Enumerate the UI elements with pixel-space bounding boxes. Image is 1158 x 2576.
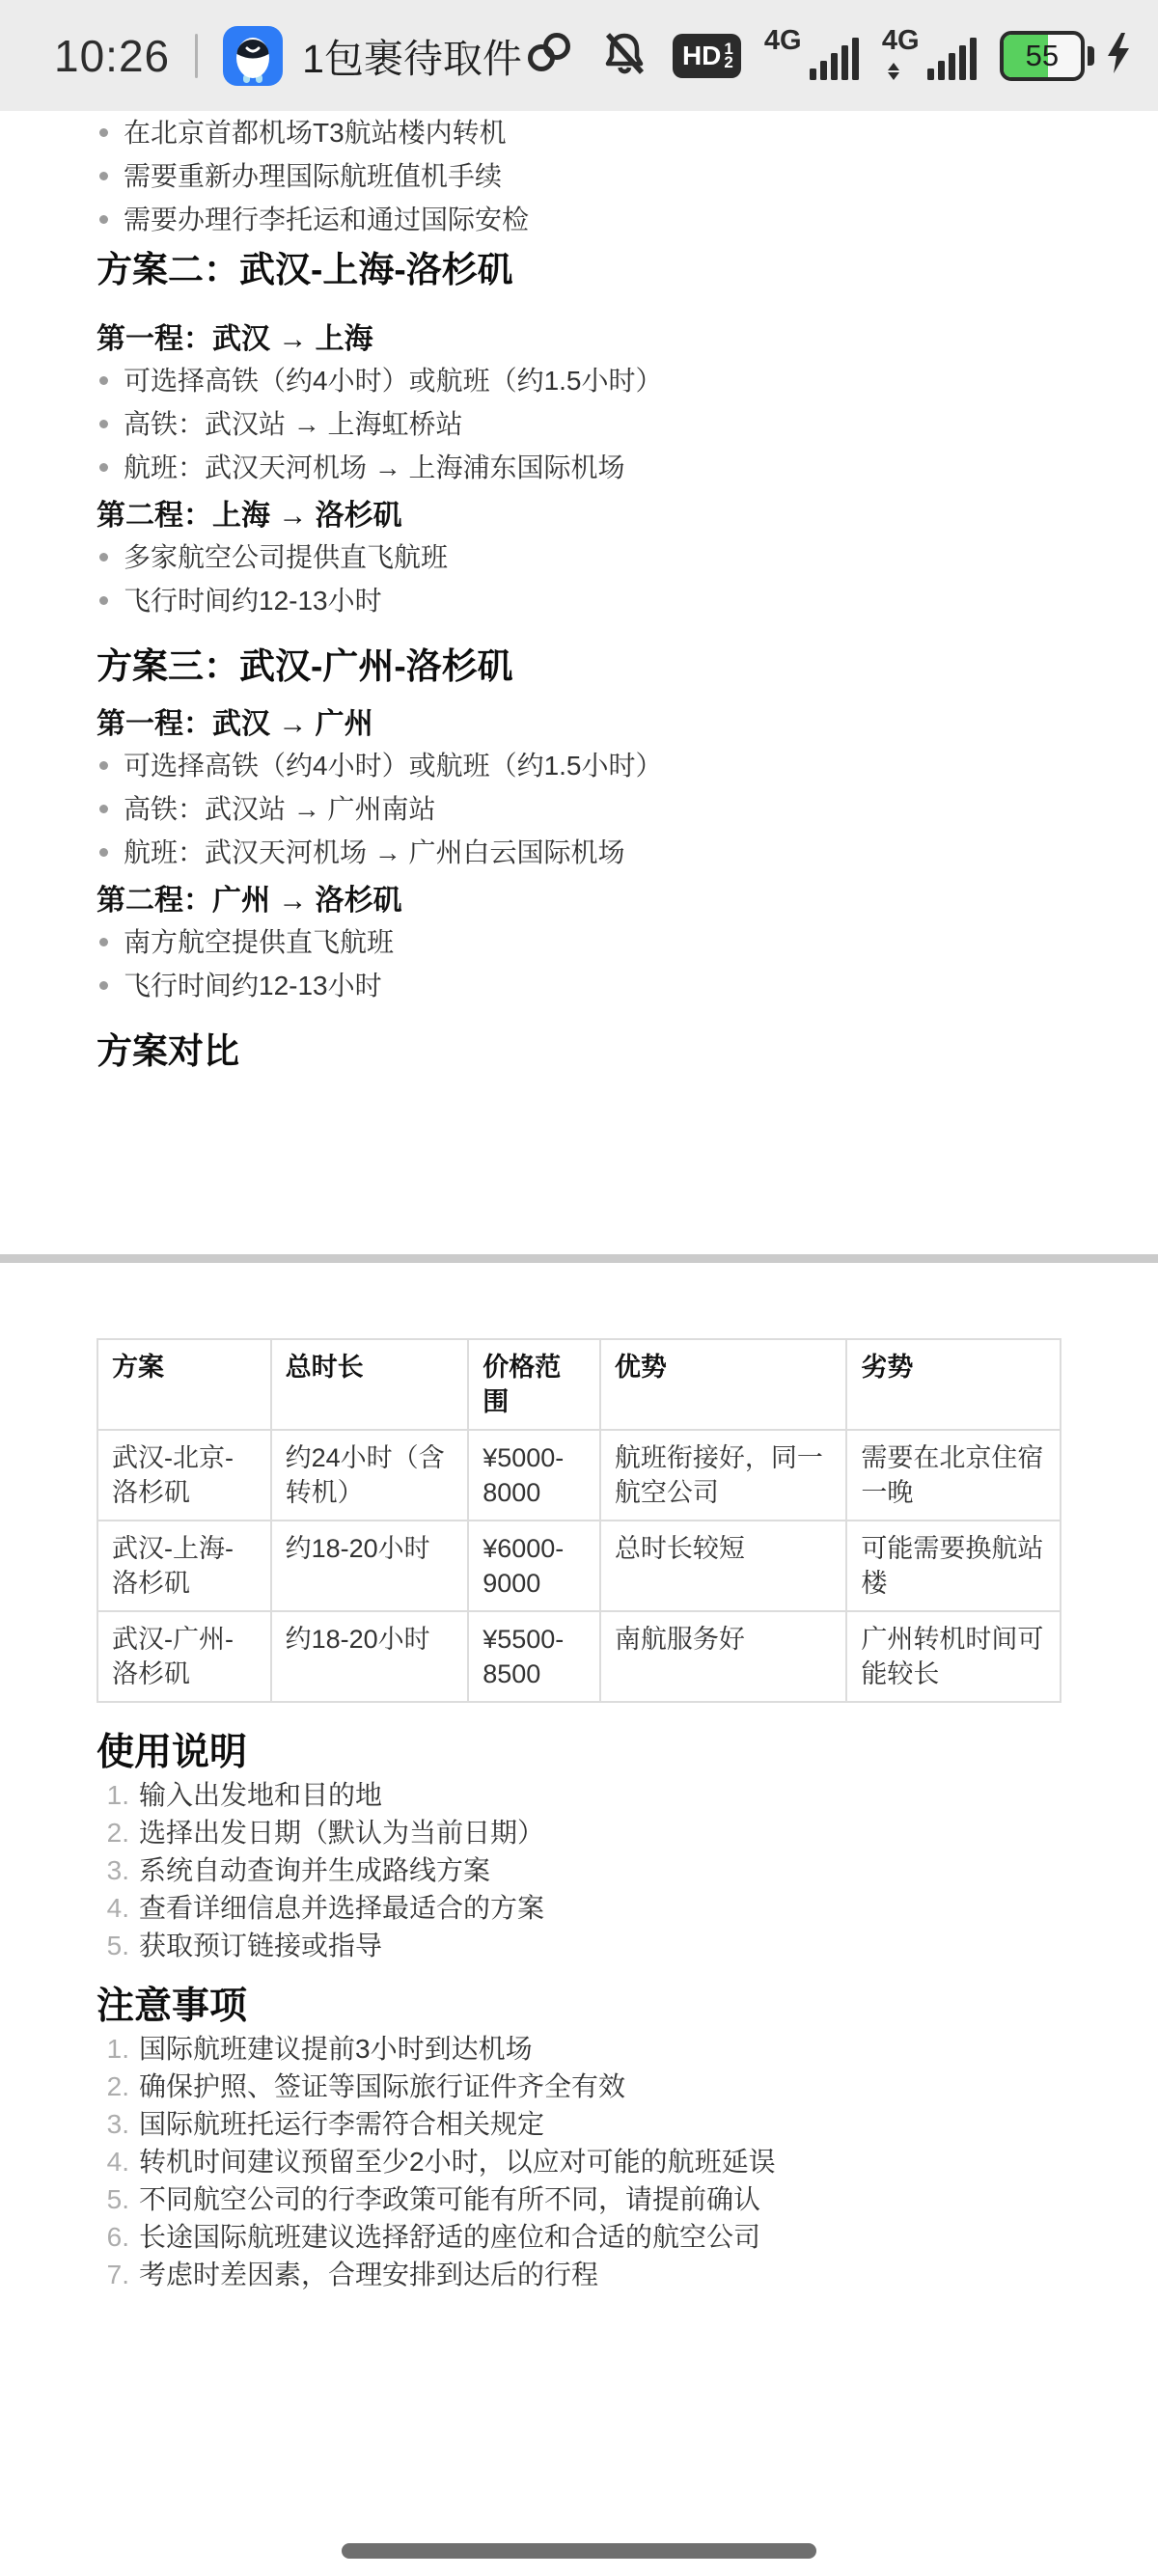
- list-item: 长途国际航班建议选择舒适的座位和合适的航空公司: [96, 2218, 1061, 2256]
- table-cell: ¥5000-8000: [468, 1430, 600, 1521]
- table-cell: ¥5500-8500: [468, 1611, 600, 1702]
- plan3-heading: 方案三：武汉-广州-洛杉矶: [96, 644, 1061, 690]
- plan3-leg1-heading: 第一程：武汉 → 广州: [96, 705, 1061, 744]
- table-cell: 可能需要换航站楼: [846, 1521, 1061, 1611]
- list-item: 高铁：武汉站 → 上海虹桥站: [96, 402, 1061, 446]
- document-scroll-area[interactable]: 在北京首都机场T3航站楼内转机 需要重新办理国际航班值机手续 需要办理行李托运和…: [0, 111, 1158, 2293]
- list-item: 航班：武汉天河机场 → 上海浦东国际机场: [96, 446, 1061, 489]
- plan2-leg2-heading: 第二程：上海 → 洛杉矶: [96, 497, 1061, 535]
- comparison-table: 方案 总时长 价格范围 优势 劣势 武汉-北京-洛杉矶 约24小时（含转机） ¥…: [96, 1338, 1061, 1703]
- home-indicator[interactable]: [342, 2543, 816, 2559]
- table-cell: ¥6000-9000: [468, 1521, 600, 1611]
- charging-bolt-icon: [1104, 32, 1131, 79]
- linked-rings-icon: [522, 30, 576, 81]
- table-row: 武汉-北京-洛杉矶 约24小时（含转机） ¥5000-8000 航班衔接好，同一…: [97, 1430, 1061, 1521]
- column-header: 劣势: [846, 1339, 1061, 1430]
- intro-bullet-list: 在北京首都机场T3航站楼内转机 需要重新办理国际航班值机手续 需要办理行李托运和…: [96, 111, 1061, 241]
- list-item: 系统自动查询并生成路线方案: [96, 1851, 1061, 1889]
- table-cell: 约24小时（含转机）: [271, 1430, 469, 1521]
- list-item: 飞行时间约12-13小时: [96, 964, 1061, 1007]
- table-cell: 总时长较短: [600, 1521, 846, 1611]
- plan2-heading: 方案二：武汉-上海-洛杉矶: [96, 247, 1061, 293]
- hd-volte-badge: HD 1 2: [673, 34, 741, 78]
- status-bar-right: HD 1 2 4G 4G 55: [522, 28, 1131, 84]
- table-cell: 武汉-广州-洛杉矶: [97, 1611, 271, 1702]
- table-cell: 南航服务好: [600, 1611, 846, 1702]
- muted-bell-icon: [599, 28, 649, 83]
- column-header: 优势: [600, 1339, 846, 1430]
- list-item: 不同航空公司的行李政策可能有所不同，请提前确认: [96, 2180, 1061, 2218]
- status-divider: [195, 34, 198, 78]
- list-item: 国际航班托运行李需符合相关规定: [96, 2105, 1061, 2143]
- list-item: 可选择高铁（约4小时）或航班（约1.5小时）: [96, 744, 1061, 787]
- notes-list: 国际航班建议提前3小时到达机场 确保护照、签证等国际旅行证件齐全有效 国际航班托…: [96, 2030, 1061, 2293]
- list-item: 需要办理行李托运和通过国际安检: [96, 198, 1061, 241]
- plan2-leg2-list: 多家航空公司提供直飞航班 飞行时间约12-13小时: [96, 535, 1061, 622]
- table-header-row: 方案 总时长 价格范围 优势 劣势: [97, 1339, 1061, 1430]
- plan2-leg1-list: 可选择高铁（约4小时）或航班（约1.5小时） 高铁：武汉站 → 上海虹桥站 航班…: [96, 359, 1061, 489]
- usage-heading: 使用说明: [96, 1730, 1061, 1776]
- battery-icon: 55: [1000, 31, 1131, 81]
- usage-steps-list: 输入出发地和目的地 选择出发日期（默认为当前日期） 系统自动查询并生成路线方案 …: [96, 1776, 1061, 1964]
- plan2-leg1-heading: 第一程：武汉 → 上海: [96, 320, 1061, 359]
- notes-heading: 注意事项: [96, 1984, 1061, 2030]
- table-cell: 约18-20小时: [271, 1611, 469, 1702]
- battery-level: 55: [1004, 35, 1081, 77]
- separator-band: [0, 1254, 1158, 1263]
- clock: 10:26: [54, 30, 170, 82]
- plan3-leg2-heading: 第二程：广州 → 洛杉矶: [96, 882, 1061, 920]
- plan3-leg1-list: 可选择高铁（约4小时）或航班（约1.5小时） 高铁：武汉站 → 广州南站 航班：…: [96, 744, 1061, 874]
- table-cell: 航班衔接好，同一航空公司: [600, 1430, 846, 1521]
- list-item: 需要重新办理国际航班值机手续: [96, 154, 1061, 198]
- list-item: 高铁：武汉站 → 广州南站: [96, 787, 1061, 831]
- column-header: 价格范围: [468, 1339, 600, 1430]
- list-item: 南方航空提供直飞航班: [96, 920, 1061, 964]
- comparison-heading: 方案对比: [96, 1028, 1061, 1075]
- table-cell: 广州转机时间可能较长: [846, 1611, 1061, 1702]
- list-item: 查看详细信息并选择最适合的方案: [96, 1889, 1061, 1927]
- list-item: 选择出发日期（默认为当前日期）: [96, 1814, 1061, 1851]
- column-header: 总时长: [271, 1339, 469, 1430]
- list-item: 航班：武汉天河机场 → 广州白云国际机场: [96, 831, 1061, 874]
- plan3-leg2-list: 南方航空提供直飞航班 飞行时间约12-13小时: [96, 920, 1061, 1007]
- list-item: 考虑时差因素，合理安排到达后的行程: [96, 2256, 1061, 2293]
- table-cell: 武汉-上海-洛杉矶: [97, 1521, 271, 1611]
- signal-icon-sim1: 4G: [764, 28, 859, 84]
- table-row: 武汉-上海-洛杉矶 约18-20小时 ¥6000-9000 总时长较短 可能需要…: [97, 1521, 1061, 1611]
- list-item: 飞行时间约12-13小时: [96, 579, 1061, 622]
- list-item: 多家航空公司提供直飞航班: [96, 535, 1061, 579]
- table-row: 武汉-广州-洛杉矶 约18-20小时 ¥5500-8500 南航服务好 广州转机…: [97, 1611, 1061, 1702]
- list-item: 转机时间建议预留至少2小时，以应对可能的航班延误: [96, 2143, 1061, 2180]
- list-item: 确保护照、签证等国际旅行证件齐全有效: [96, 2068, 1061, 2105]
- signal-icon-sim2: 4G: [882, 28, 977, 84]
- column-header: 方案: [97, 1339, 271, 1430]
- messenger-app-icon: [223, 26, 283, 86]
- list-item: 可选择高铁（约4小时）或航班（约1.5小时）: [96, 359, 1061, 402]
- notification-text: 1包裹待取件: [302, 27, 522, 84]
- list-item: 获取预订链接或指导: [96, 1927, 1061, 1964]
- status-bar-left: 10:26 1包裹待取件: [54, 26, 522, 86]
- list-item: 国际航班建议提前3小时到达机场: [96, 2030, 1061, 2068]
- table-cell: 武汉-北京-洛杉矶: [97, 1430, 271, 1521]
- status-bar: 10:26 1包裹待取件: [0, 0, 1158, 111]
- list-item: 在北京首都机场T3航站楼内转机: [96, 111, 1061, 154]
- list-item: 输入出发地和目的地: [96, 1776, 1061, 1814]
- table-cell: 需要在北京住宿一晚: [846, 1430, 1061, 1521]
- table-cell: 约18-20小时: [271, 1521, 469, 1611]
